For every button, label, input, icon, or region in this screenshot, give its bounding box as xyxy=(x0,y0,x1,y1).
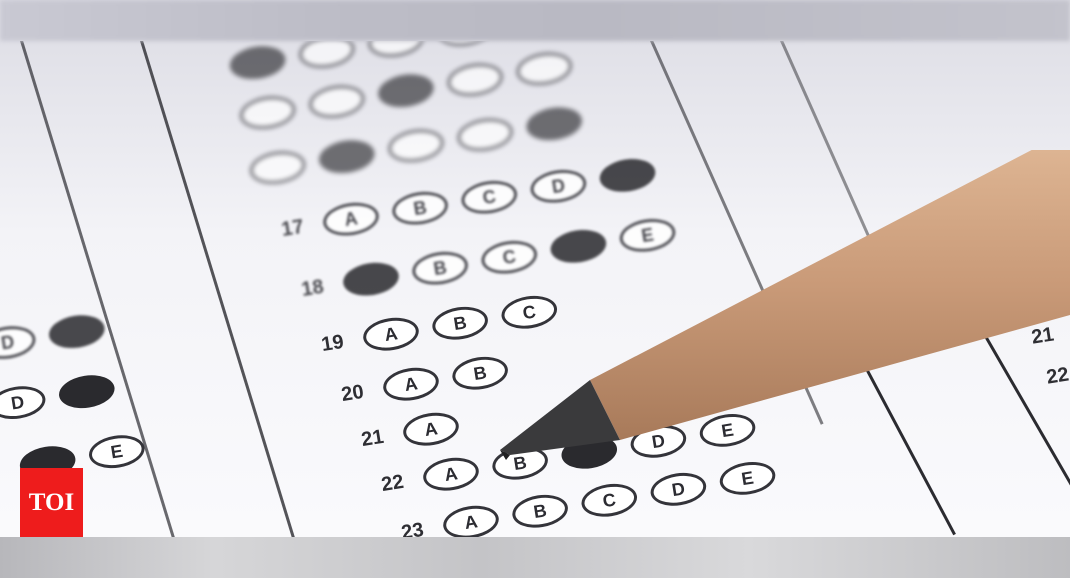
bubble-a[interactable]: A xyxy=(401,409,461,449)
bubble-b[interactable]: B xyxy=(510,491,570,531)
bubble-a[interactable]: A xyxy=(361,314,421,354)
bubble[interactable] xyxy=(297,41,357,72)
bubble[interactable] xyxy=(366,41,426,61)
bubble-e[interactable] xyxy=(57,371,117,411)
question-number: 23 xyxy=(388,518,425,537)
bubble-a[interactable]: A xyxy=(381,364,441,404)
answer-row: D xyxy=(0,311,107,362)
bubble-e[interactable]: E xyxy=(87,431,147,471)
question-number: 20 xyxy=(328,380,365,408)
bubble[interactable] xyxy=(247,147,307,187)
bubble[interactable] xyxy=(386,126,446,166)
bubble-a[interactable]: A xyxy=(421,454,481,494)
question-number: 17 xyxy=(268,215,305,243)
bubble-d[interactable]: D xyxy=(0,322,38,362)
toi-logo: TOI xyxy=(20,468,83,537)
bubble[interactable] xyxy=(445,60,505,100)
question-number: 19 xyxy=(308,330,345,358)
answer-row: 20 A B xyxy=(327,353,510,413)
answer-row: D xyxy=(0,371,117,422)
bubble-b[interactable]: B xyxy=(390,188,450,228)
bubble[interactable] xyxy=(317,136,377,176)
bubble-d[interactable]: D xyxy=(648,469,708,509)
bubble-b[interactable]: B xyxy=(430,303,490,343)
bubble-a[interactable]: A xyxy=(321,199,381,239)
bubble[interactable] xyxy=(524,104,584,144)
bubble[interactable] xyxy=(514,49,574,89)
bubble-a[interactable]: A xyxy=(441,502,501,537)
bubble-a[interactable] xyxy=(341,259,401,299)
bubble[interactable] xyxy=(435,41,495,50)
bubble-c[interactable]: C xyxy=(579,480,639,520)
bubble[interactable] xyxy=(455,115,515,155)
question-number: 22 xyxy=(368,470,405,498)
bubble-e[interactable] xyxy=(47,311,107,351)
bubble-d[interactable]: D xyxy=(0,382,48,422)
bubble[interactable] xyxy=(227,42,287,82)
bubble-b[interactable]: B xyxy=(410,248,470,288)
question-number: 18 xyxy=(288,275,325,303)
pencil-icon xyxy=(500,150,1070,470)
answer-row: 21 A xyxy=(347,409,461,458)
logo-text: TOI xyxy=(29,489,74,517)
blurred-top-band xyxy=(0,0,1070,41)
bubble[interactable] xyxy=(307,81,367,121)
bubble[interactable] xyxy=(237,92,297,132)
question-number: 21 xyxy=(348,425,385,453)
bubble[interactable] xyxy=(376,71,436,111)
photo: 17 A B C D 18 B C E 19 A B C 20 A B 21 xyxy=(0,0,1070,578)
blurred-bottom-band xyxy=(0,537,1070,578)
